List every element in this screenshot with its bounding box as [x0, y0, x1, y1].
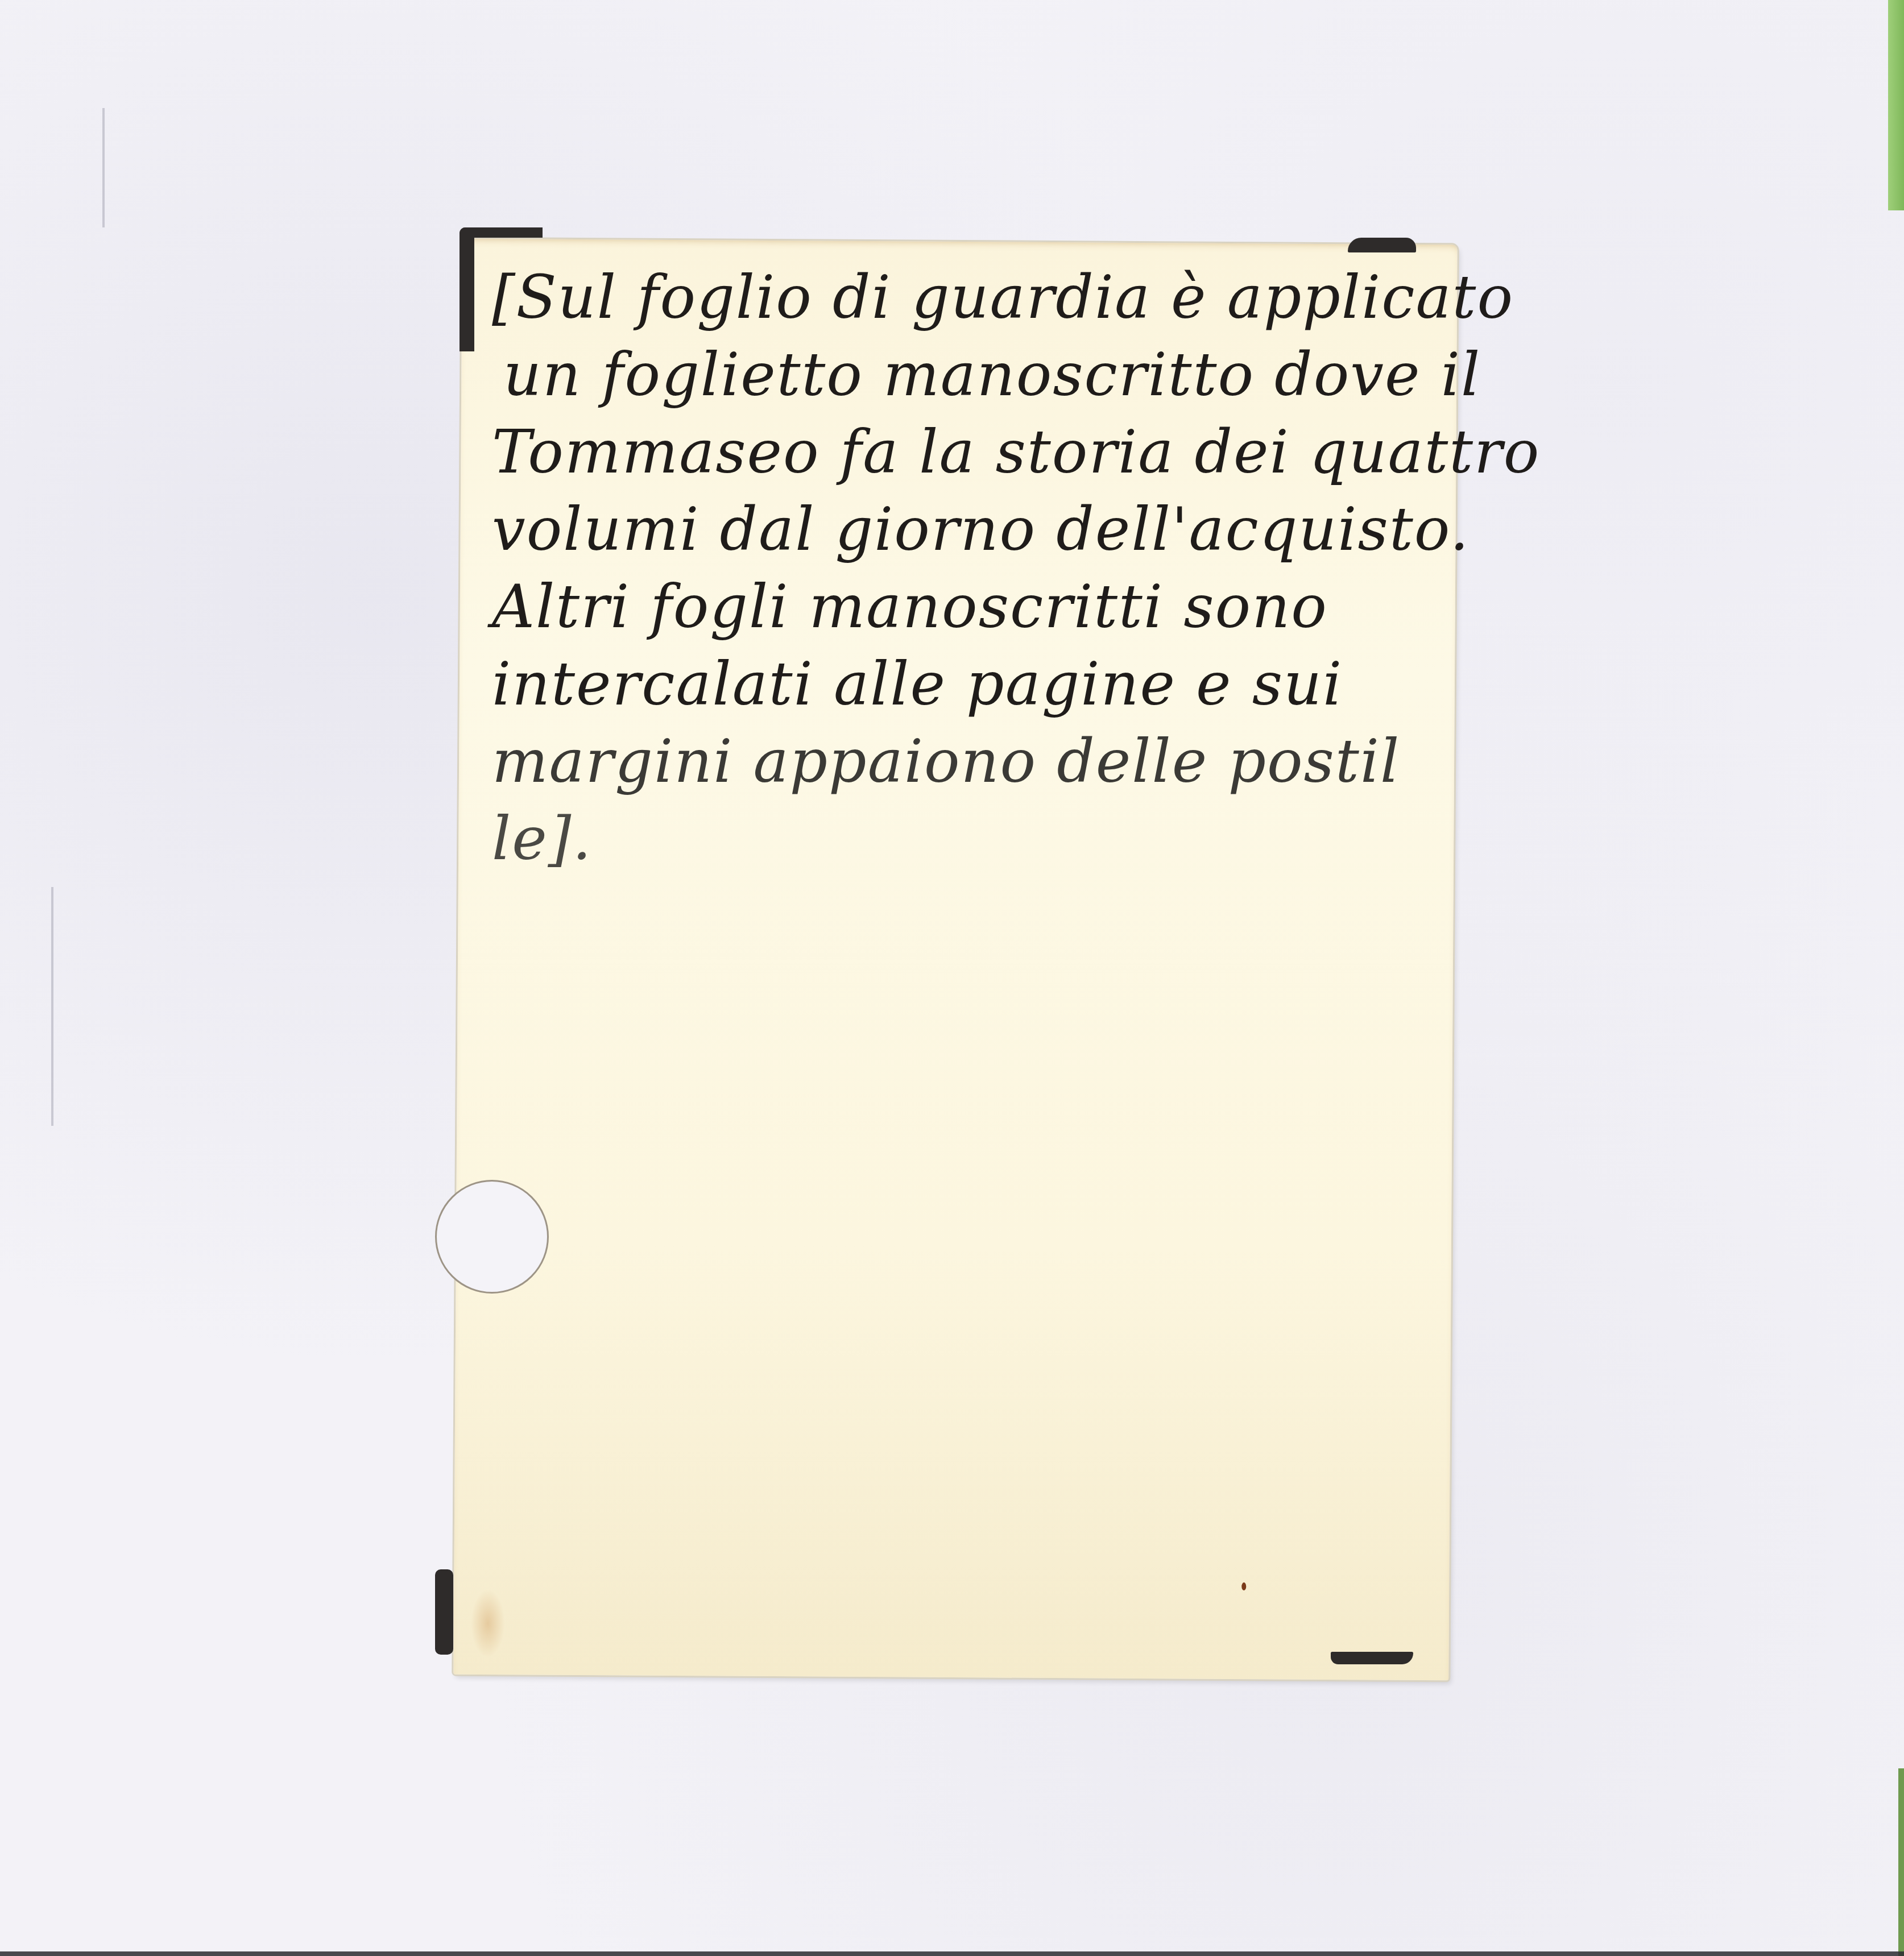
mount-corner-top-right	[1348, 238, 1416, 252]
note-line: margini appaiono delle postil	[492, 723, 1425, 800]
note-line: intercalati alle pagine e sui	[492, 645, 1425, 723]
mount-corner-bottom-right	[1331, 1652, 1413, 1664]
note-line: le].	[492, 800, 1425, 877]
mount-corner-bottom-left	[435, 1569, 453, 1655]
foxing-stain	[470, 1589, 505, 1657]
background-mark	[102, 108, 105, 227]
note-line: Tommaseo fa la storia dei quattro	[492, 413, 1425, 491]
note-line: un foglietto manoscritto dove il	[492, 336, 1425, 413]
note-line: [Sul foglio di guardia è applicato	[492, 259, 1425, 336]
background-mark	[51, 887, 53, 1126]
punch-hole	[435, 1180, 549, 1294]
handwritten-note: [Sul foglio di guardia è applicato un fo…	[492, 259, 1425, 877]
green-edge-strip-bottom	[1898, 1768, 1904, 1956]
green-edge-strip	[1888, 0, 1904, 210]
note-line: Altri fogli manoscritti sono	[492, 568, 1425, 645]
ink-speck	[1241, 1582, 1246, 1590]
note-line: volumi dal giorno dell'acquisto.	[492, 491, 1425, 568]
scan-bottom-edge	[0, 1951, 1904, 1956]
